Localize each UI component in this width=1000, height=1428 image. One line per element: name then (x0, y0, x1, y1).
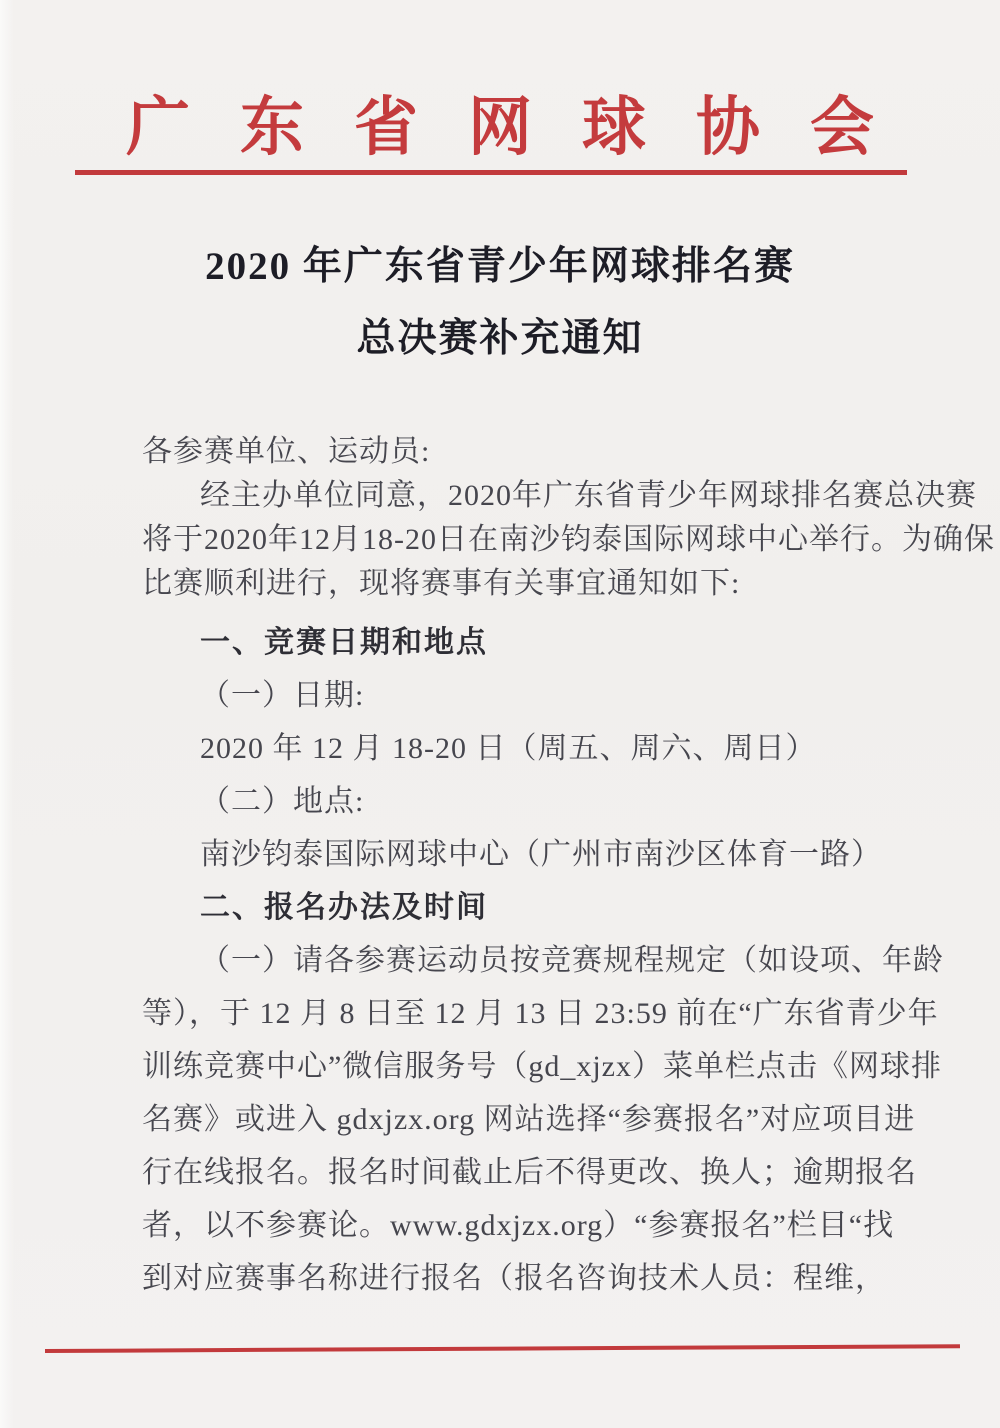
footer-divider-line (45, 1344, 960, 1353)
doc-line: （二）地点: (142, 775, 970, 828)
doc-line: 比赛顺利进行，现将赛事有关事宜通知如下: (142, 562, 970, 606)
scanned-notice-page: 广东省网球协会 2020 年广东省青少年网球排名赛 总决赛补充通知 各参赛单位、… (0, 0, 1000, 1428)
doc-line: （一）日期: (142, 669, 970, 722)
doc-line: 经主办单位同意，2020年广东省青少年网球排名赛总决赛 (142, 474, 970, 518)
doc-section-heading-1: 一、竞赛日期和地点 (142, 616, 970, 669)
doc-line: 将于2020年12月18-20日在南沙钧泰国际网球中心举行。为确保 (142, 518, 970, 562)
doc-section-heading-2: 二、报名办法及时间 (142, 881, 970, 934)
doc-line: 2020 年 12 月 18-20 日（周五、周六、周日） (142, 722, 970, 775)
doc-line: 等），于 12 月 8 日至 12 月 13 日 23:59 前在“广东省青少年 (142, 987, 970, 1040)
doc-line: 名赛》或进入 gdxjzx.org 网站选择“参赛报名”对应项目进 (142, 1093, 970, 1146)
header-divider-line (75, 170, 907, 175)
letterhead-org-name: 广东省网球协会 (0, 86, 1000, 170)
doc-line: 南沙钧泰国际网球中心（广州市南沙区体育一路） (142, 828, 970, 881)
doc-line: 行在线报名。报名时间截止后不得更改、换人；逾期报名 (142, 1146, 970, 1199)
doc-title-line-2: 总决赛补充通知 (0, 303, 1000, 375)
doc-line: （一）请各参赛运动员按竞赛规程规定（如设项、年龄 (142, 934, 970, 987)
doc-line: 者，以不参赛论。www.gdxjzx.org）“参赛报名”栏目“找 (142, 1199, 970, 1252)
doc-body: 各参赛单位、运动员: 经主办单位同意，2020年广东省青少年网球排名赛总决赛 将… (142, 430, 970, 1305)
doc-title-line-1: 2020 年广东省青少年网球排名赛 (0, 231, 1000, 303)
doc-title: 2020 年广东省青少年网球排名赛 总决赛补充通知 (0, 231, 1000, 375)
doc-line: 到对应赛事名称进行报名（报名咨询技术人员：程维， (142, 1252, 970, 1305)
doc-line: 训练竞赛中心”微信服务号（gd_xjzx）菜单栏点击《网球排 (142, 1040, 970, 1093)
doc-line-salutation: 各参赛单位、运动员: (142, 430, 970, 474)
